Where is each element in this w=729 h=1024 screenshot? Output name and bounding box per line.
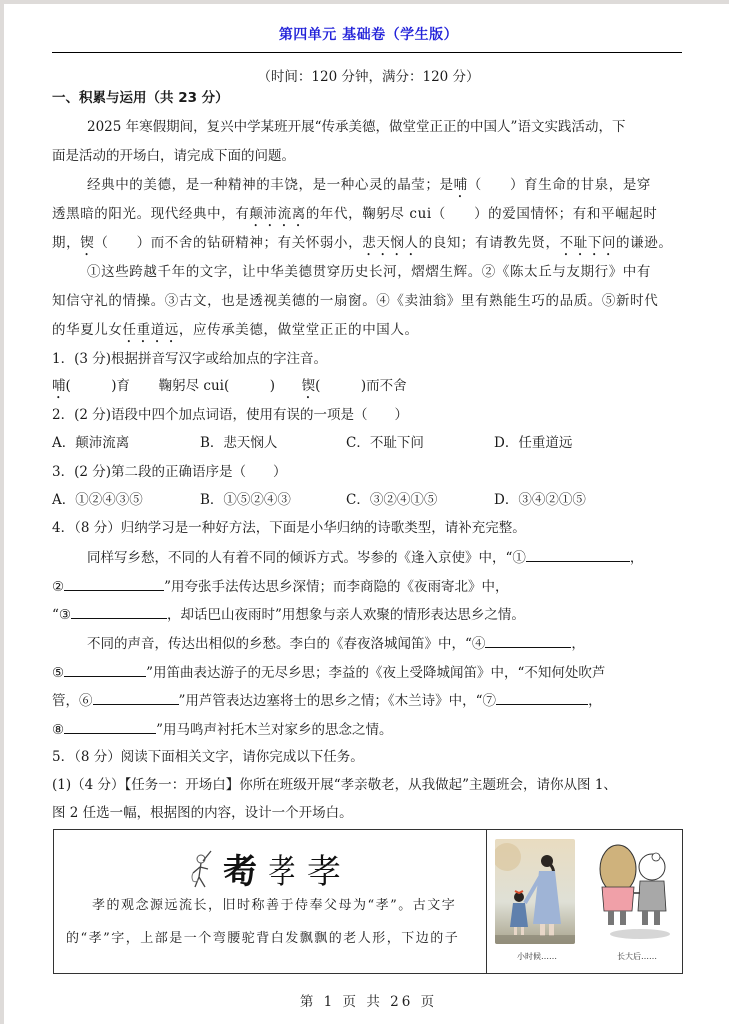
text: ⑤: [52, 665, 64, 681]
dotted-word: 悲天悯人: [362, 235, 418, 251]
text: ，却话巴山夜雨时”用想象与亲人欢聚的情形表达思乡之情。: [167, 607, 525, 623]
illustration-panel: 小时候…… 长大后……: [487, 830, 682, 973]
question-4-stem: 4．（8 分）归纳学习是一种好方法，下面是小华归纳的诗歌类型，请补充完整。: [52, 518, 526, 538]
option-c[interactable]: C．③②④①⑤: [346, 490, 494, 510]
glyph-bronze: 耇: [223, 844, 257, 893]
text: “③: [52, 607, 71, 623]
question-3-options: A．①②④③⑤ B．①⑤②④③ C．③②④①⑤ D．③④②①⑤: [52, 490, 586, 510]
document-title: 第四单元 基础卷（学生版）: [4, 24, 729, 44]
text: ，: [588, 693, 602, 709]
text: （ ）育生命的甘泉，是穿: [468, 177, 651, 193]
caption-grown-up: 长大后……: [617, 951, 657, 962]
q4-p2-line3: 管，⑥”用芦管表达边塞将士的思乡之情；《木兰诗》中，“⑦，: [52, 690, 602, 711]
text: ，: [571, 636, 585, 652]
question-2-stem: 2．(2 分)语段中四个加点词语，使用有误的一项是（ ）: [52, 405, 408, 425]
answer-slot-2[interactable]: 鞠躬尽 cui( ): [159, 378, 275, 394]
text: 透黑暗的阳光。现代经典中，有: [52, 206, 249, 222]
text: 的谦逊。: [616, 235, 672, 251]
text: ”用夸张手法传达思乡深情；而李商隐的《夜雨寄北》中，: [164, 579, 508, 595]
oracle-bone-xiao-icon: [189, 849, 215, 889]
fill-blank-8[interactable]: [64, 719, 156, 734]
option-b[interactable]: B．①⑤②④③: [200, 490, 346, 510]
dotted-word: 任重道远: [123, 322, 179, 338]
text: ⑧: [52, 722, 64, 738]
passage-p1-line2: 透黑暗的阳光。现代经典中，有颠沛流离的年代，鞠躬尽 cui（ ）的爱国情怀；有和…: [52, 204, 657, 230]
figure-text-line1: 孝的观念源远流长，旧时称善于侍奉父母为“孝”。古文字: [92, 894, 456, 913]
title-divider: [52, 52, 682, 53]
question-2-options: A．颠沛流离 B．悲天悯人 C．不耻下问 D．任重道远: [52, 433, 572, 453]
dotted-char: 哺: [52, 378, 66, 394]
fill-blank-2[interactable]: [64, 576, 164, 591]
dotted-word: 不耻下问: [560, 235, 616, 251]
option-d[interactable]: D．任重道远: [494, 433, 572, 453]
question-3-stem: 3．(2 分)第二段的正确语序是（ ）: [52, 462, 287, 482]
text: ，: [630, 550, 644, 566]
childhood-illustration: [495, 839, 575, 944]
fill-blank-3[interactable]: [71, 604, 167, 619]
text: （ ）而不舍的钻研精神；有关怀弱小，: [94, 235, 362, 251]
text: 的良知；有请教先贤，: [419, 235, 560, 251]
text: 不同的声音，传达出相似的乡愁。李白的《春夜洛城闻笛》中，“④: [87, 636, 485, 652]
xiao-evolution-glyphs: 耇 孝 孝: [189, 844, 341, 893]
option-b[interactable]: B．悲天悯人: [200, 433, 346, 453]
fill-blank-4[interactable]: [485, 633, 571, 648]
text: 管，⑥: [52, 693, 93, 709]
passage-p1-line1: 经典中的美德，是一种精神的丰饶，是一种心灵的晶莹；是哺（ ）育生命的甘泉，是穿: [87, 175, 651, 201]
dotted-char: 锲: [302, 378, 316, 394]
option-d[interactable]: D．③④②①⑤: [494, 490, 586, 510]
fill-blank-5[interactable]: [64, 662, 146, 677]
fill-blank-1[interactable]: [526, 547, 630, 562]
dotted-word: 颠沛流离: [249, 206, 305, 222]
answer-slot-3[interactable]: ( )而不舍: [315, 378, 407, 394]
text: ，应传承美德，做堂堂正正的中国人。: [179, 322, 419, 338]
intro-line-1: 2025 年寒假期间，复兴中学某班开展“传承美德，做堂堂正正的中国人”语文实践活…: [87, 117, 625, 137]
dotted-char: 哺: [454, 177, 468, 193]
option-a[interactable]: A．颠沛流离: [52, 433, 200, 453]
q5-task1-line1: (1)（4 分）【任务一：开场白】你所在班级开展“孝亲敬老，从我做起”主题班会，…: [52, 775, 617, 795]
section-heading: 一、积累与运用（共 23 分）: [52, 88, 229, 108]
glyph-clerical: 孝: [307, 844, 341, 893]
fill-blank-6[interactable]: [93, 690, 179, 705]
figure-text-line2: 的“孝”字，上部是一个弯腰驼背白发飘飘的老人形，下边的子: [66, 927, 459, 946]
passage-p2-line1: ①这些跨越千年的文字，让中华美德贯穿历史长河，熠熠生辉。②《陈太丘与友期行》中有: [87, 262, 651, 282]
passage-p1-line3: 期，锲（ ）而不舍的钻研精神；有关怀弱小，悲天悯人的良知；有请教先贤，不耻下问的…: [52, 233, 672, 259]
grown-up-illustration: [592, 839, 674, 944]
question-5-stem: 5．（8 分）阅读下面相关文字，请你完成以下任务。: [52, 747, 364, 767]
text: ”用马鸣声衬托木兰对家乡的思念之情。: [156, 722, 392, 738]
text: 经典中的美德，是一种精神的丰饶，是一种心灵的晶莹；是: [87, 177, 454, 193]
exam-info: （时间：120 分钟，满分：120 分）: [4, 65, 729, 85]
glyph-seal: 孝: [268, 844, 295, 893]
reading-figure-box: 耇 孝 孝 孝的观念源远流长，旧时称善于侍奉父母为“孝”。古文字 的“孝”字，上…: [53, 829, 683, 974]
text: 的年代，鞠躬尽 cui（ ）的爱国情怀；有和平崛起时: [306, 206, 658, 222]
document-page: 第四单元 基础卷（学生版） （时间：120 分钟，满分：120 分） 一、积累与…: [4, 4, 729, 1024]
q4-p1-line2: ②”用夸张手法传达思乡深情；而李商隐的《夜雨寄北》中，: [52, 576, 509, 597]
passage-p2-line3: 的华夏儿女任重道远，应传承美德，做堂堂正正的中国人。: [52, 320, 419, 346]
q4-p2-line2: ⑤”用笛曲表达游子的无尽乡思；李益的《夜上受降城闻笛》中，“不知何处吹芦: [52, 662, 605, 683]
text: ”用笛曲表达游子的无尽乡思；李益的《夜上受降城闻笛》中，“不知何处吹芦: [146, 665, 605, 681]
text: 期，: [52, 235, 80, 251]
page-number: 第 1 页 共 26 页: [4, 990, 729, 1010]
q5-task1-line2: 图 2 任选一幅，根据图的内容，设计一个开场白。: [52, 803, 353, 823]
text: 同样写乡愁，不同的人有着不同的倾诉方式。岑参的《逢入京使》中，“①: [87, 550, 526, 566]
passage-p2-line2: 知信守礼的情操。③古文，也是透视美德的一扇窗。④《卖油翁》里有熟能生巧的品质。⑤…: [52, 291, 658, 311]
q4-p2-line4: ⑧”用马鸣声衬托木兰对家乡的思念之情。: [52, 719, 393, 740]
xiao-character-panel: 耇 孝 孝 孝的观念源远流长，旧时称善于侍奉父母为“孝”。古文字 的“孝”字，上…: [54, 830, 487, 973]
dotted-char: 锲: [80, 235, 94, 251]
q4-p1-line3: “③，却话巴山夜雨时”用想象与亲人欢聚的情形表达思乡之情。: [52, 604, 525, 625]
caption-childhood: 小时候……: [517, 951, 557, 962]
question-1-items: 哺( )育 鞠躬尽 cui( ) 锲( )而不舍: [52, 376, 407, 402]
option-c[interactable]: C．不耻下问: [346, 433, 494, 453]
text: 的华夏儿女: [52, 322, 123, 338]
text: ”用芦管表达边塞将士的思乡之情；《木兰诗》中，“⑦: [179, 693, 497, 709]
q4-p1-line1: 同样写乡愁，不同的人有着不同的倾诉方式。岑参的《逢入京使》中，“①，: [87, 547, 643, 568]
text: ②: [52, 579, 64, 595]
fill-blank-7[interactable]: [496, 690, 588, 705]
answer-slot-1[interactable]: ( )育: [66, 378, 131, 394]
intro-line-2: 面是活动的开场白，请完成下面的问题。: [52, 146, 295, 166]
question-1-stem: 1．(3 分)根据拼音写汉字或给加点的字注音。: [52, 349, 327, 369]
q4-p2-line1: 不同的声音，传达出相似的乡愁。李白的《春夜洛城闻笛》中，“④，: [87, 633, 585, 654]
option-a[interactable]: A．①②④③⑤: [52, 490, 200, 510]
